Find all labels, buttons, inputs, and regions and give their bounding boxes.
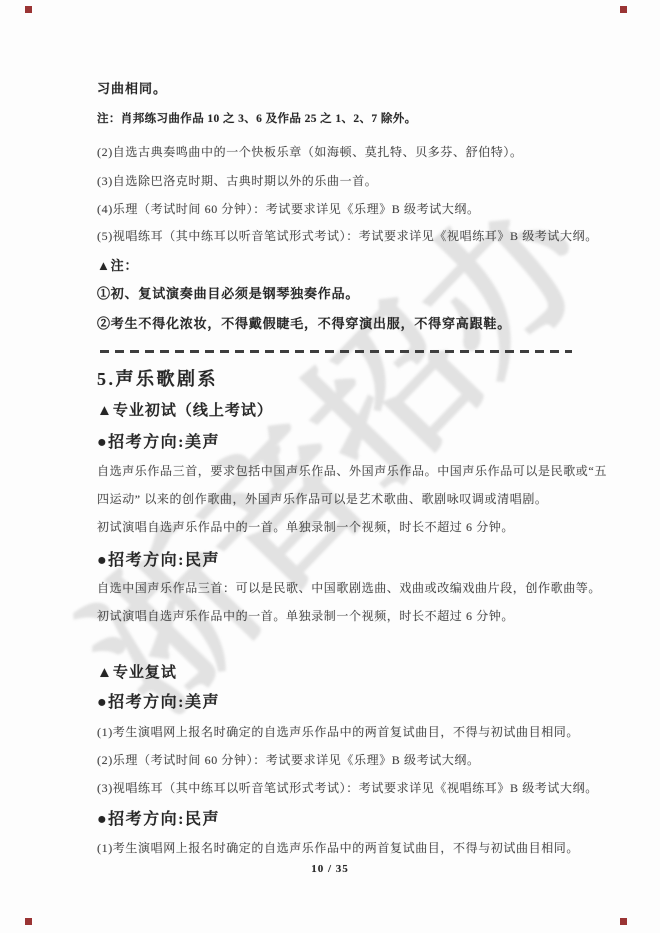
initial-bel-canto-line-3: 初试演唱自选声乐作品中的一首。单独录制一个视频，时长不超过 6 分钟。 [97,518,514,535]
corner-mark-bottom-right [620,918,627,925]
second-bel-canto-line-1: (1)考生演唱网上报名时确定的自选声乐作品中的两首复试曲目，不得与初试曲目相同。 [97,723,579,740]
initial-bel-canto-line-1: 自选声乐作品三首，要求包括中国声乐作品、外国声乐作品。中国声乐作品可以是民歌或“… [97,462,607,479]
second-folk-heading: ●招考方向:民声 [97,806,220,829]
chopin-etude-note: 注：肖邦练习曲作品 10 之 3、6 及作品 25 之 1、2、7 除外。 [97,110,417,126]
section-title-vocal-opera: 5.声乐歌剧系 [97,365,218,391]
second-exam-heading: ▲专业复试 [97,661,177,682]
dashed-section-divider [100,350,572,353]
page-number: 10 / 35 [0,863,660,875]
piano-item-4: (4)乐理（考试时间 60 分钟）：考试要求详见《乐理》B 级考试大纲。 [97,200,480,217]
note-item-2: ②考生不得化浓妆，不得戴假睫毛，不得穿演出服，不得穿高跟鞋。 [97,313,511,332]
piano-item-2: (2)自选古典奏鸣曲中的一个快板乐章（如海顿、莫扎特、贝多芬、舒伯特）。 [97,143,523,160]
notes-header: ▲注： [97,255,138,274]
corner-mark-top-right [620,6,627,13]
corner-mark-bottom-left [25,918,32,925]
initial-folk-heading: ●招考方向:民声 [97,547,220,570]
second-bel-canto-line-3: (3)视唱练耳（其中练耳以听音笔试形式考试）：考试要求详见《视唱练耳》B 级考试… [97,779,598,796]
initial-exam-heading: ▲专业初试（线上考试） [97,399,273,420]
initial-folk-line-2: 初试演唱自选声乐作品中的一首。单独录制一个视频，时长不超过 6 分钟。 [97,607,514,624]
paragraph-tail-line: 习曲相同。 [97,78,167,97]
document-page: 浙音招办 习曲相同。 注：肖邦练习曲作品 10 之 3、6 及作品 25 之 1… [0,0,660,933]
second-bel-canto-heading: ●招考方向:美声 [97,689,220,712]
second-bel-canto-line-2: (2)乐理（考试时间 60 分钟）：考试要求详见《乐理》B 级考试大纲。 [97,751,480,768]
initial-folk-line-1: 自选中国声乐作品三首：可以是民歌、中国歌剧选曲、戏曲或改编戏曲片段，创作歌曲等。 [97,579,601,596]
piano-item-3: (3)自选除巴洛克时期、古典时期以外的乐曲一首。 [97,172,377,189]
corner-mark-top-left [25,6,32,13]
piano-item-5: (5)视唱练耳（其中练耳以听音笔试形式考试）：考试要求详见《视唱练耳》B 级考试… [97,227,598,244]
initial-bel-canto-heading: ●招考方向:美声 [97,429,220,452]
note-item-1: ①初、复试演奏曲目必须是钢琴独奏作品。 [97,283,359,302]
initial-bel-canto-line-2: 四运动” 以来的创作歌曲，外国声乐作品可以是艺术歌曲、歌剧咏叹调或清唱剧。 [97,490,548,507]
second-folk-line-1: (1)考生演唱网上报名时确定的自选声乐作品中的两首复试曲目，不得与初试曲目相同。 [97,839,579,856]
